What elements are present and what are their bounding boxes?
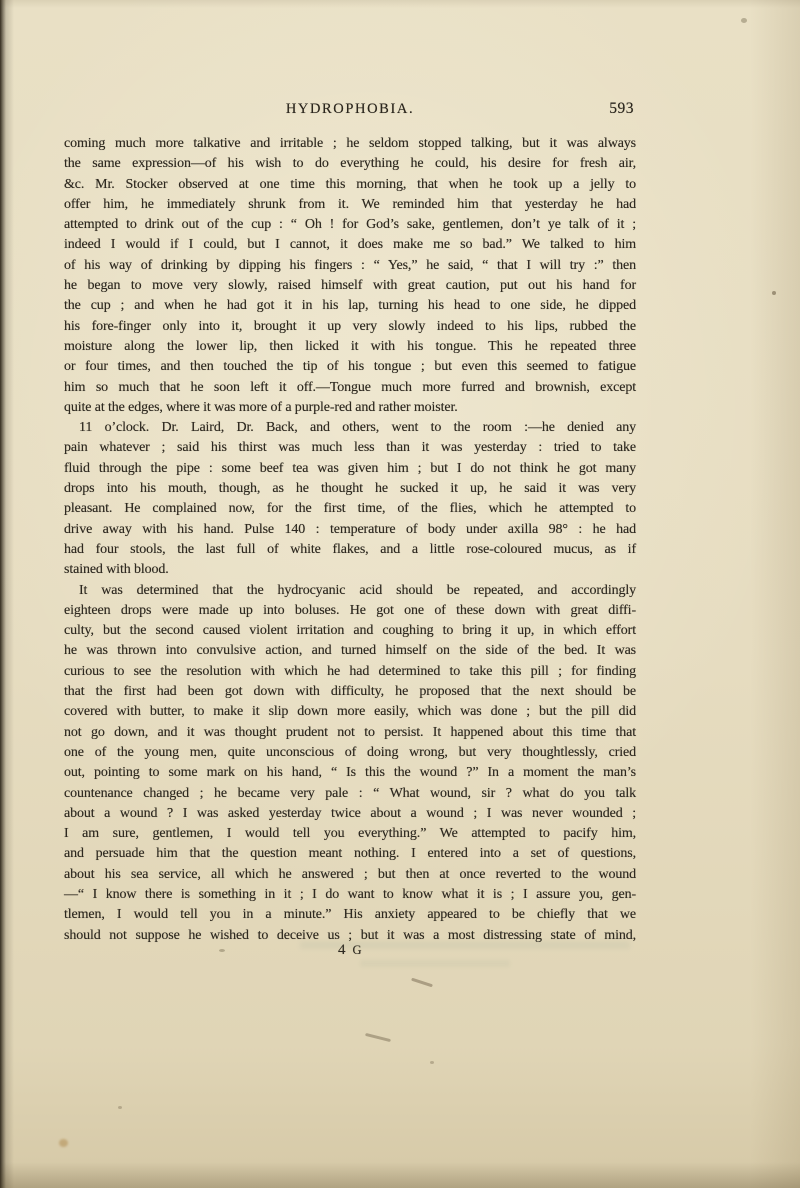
text-line: his fore-finger only into it, brought it…	[64, 317, 636, 337]
text-line: pain whatever ; said his thirst was much…	[64, 438, 636, 458]
book-page: HYDROPHOBIA. 593 coming much more talkat…	[0, 0, 800, 1188]
text-line: or four times, and then touched the tip …	[64, 357, 636, 377]
text-line: out, pointing to some mark on his hand, …	[64, 763, 636, 783]
text-line: attempted to drink out of the cup : “ Oh…	[64, 215, 636, 235]
scan-speck	[772, 291, 776, 295]
text-line: him so much that he soon left it off.—To…	[64, 378, 636, 398]
text-line: drops into his mouth, though, as he thou…	[64, 479, 636, 499]
text-line: covered with butter, to make it slip dow…	[64, 702, 636, 722]
text-line: had four stools, the last full of white …	[64, 540, 636, 560]
text-line: culty, but the second caused violent irr…	[64, 621, 636, 641]
text-line: coming much more talkative and irritable…	[64, 134, 636, 154]
page-right-edge-shadow	[750, 0, 800, 1188]
text-line: offer him, he immediately shrunk from it…	[64, 195, 636, 215]
text-line: drive away with his hand. Pulse 140 : te…	[64, 520, 636, 540]
text-line: quite at the edges, where it was more of…	[64, 398, 636, 418]
foxing-spot	[59, 1139, 68, 1147]
page-body: coming much more talkative and irritable…	[64, 134, 636, 946]
page-bottom-edge-shadow	[0, 1162, 800, 1188]
text-line: —“ I know there is something in it ; I d…	[64, 885, 636, 905]
page-left-edge-shadow	[0, 0, 14, 1188]
text-line: stained with blood.	[64, 560, 636, 580]
paragraph: It was determined that the hydrocyanic a…	[64, 581, 636, 946]
text-line: the same expression—of his wish to do ev…	[64, 154, 636, 174]
ink-show-through	[360, 960, 510, 967]
scan-speck	[430, 1061, 434, 1064]
text-line: he began to move very slowly, raised him…	[64, 276, 636, 296]
text-line: not go down, and it was thought prudent …	[64, 723, 636, 743]
text-line: fluid through the pipe : some beef tea w…	[64, 459, 636, 479]
text-line: of his way of drinking by dipping his fi…	[64, 256, 636, 276]
paragraph: 11 o’clock. Dr. Laird, Dr. Back, and oth…	[64, 418, 636, 580]
text-line: about his sea service, all which he answ…	[64, 865, 636, 885]
text-line: he was thrown into convulsive action, an…	[64, 641, 636, 661]
text-line: indeed I would if I could, but I cannot,…	[64, 235, 636, 255]
running-head: HYDROPHOBIA. 593	[64, 101, 636, 119]
scan-speck	[365, 1033, 391, 1042]
text-line: about a wound ? I was asked yesterday tw…	[64, 804, 636, 824]
scan-speck	[118, 1106, 122, 1109]
text-line: 11 o’clock. Dr. Laird, Dr. Back, and oth…	[64, 418, 636, 438]
scan-speck	[741, 18, 747, 23]
page-header-title: HYDROPHOBIA.	[64, 101, 636, 118]
text-line: that the first had been got down with di…	[64, 682, 636, 702]
text-line: one of the young men, quite unconscious …	[64, 743, 636, 763]
page-number: 593	[609, 100, 634, 118]
text-line: pleasant. He complained now, for the fir…	[64, 499, 636, 519]
text-line: I am sure, gentlemen, I would tell you e…	[64, 824, 636, 844]
text-line: the cup ; and when he had got it in his …	[64, 296, 636, 316]
scan-speck	[219, 949, 225, 952]
text-line: It was determined that the hydrocyanic a…	[64, 581, 636, 601]
text-line: &c. Mr. Stocker observed at one time thi…	[64, 175, 636, 195]
text-line: and persuade him that the question meant…	[64, 844, 636, 864]
text-line: countenance changed ; he became very pal…	[64, 784, 636, 804]
text-line: eighteen drops were made up into boluses…	[64, 601, 636, 621]
ink-show-through	[300, 941, 630, 949]
scan-speck	[411, 978, 433, 988]
paragraph: coming much more talkative and irritable…	[64, 134, 636, 418]
text-line: curious to see the resolution with which…	[64, 662, 636, 682]
page-top-edge-shadow	[0, 0, 800, 8]
text-line: tlemen, I would tell you in a minute.” H…	[64, 905, 636, 925]
text-line: moisture along the lower lip, then licke…	[64, 337, 636, 357]
